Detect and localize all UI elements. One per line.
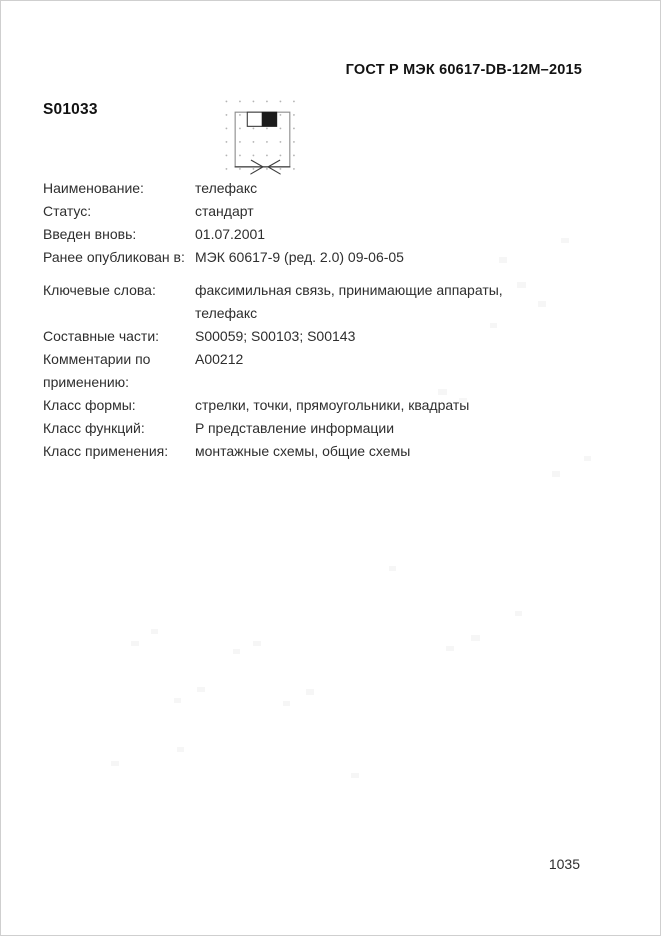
field-value: монтажные схемы, общие схемы [195,440,531,463]
attributes-table: Наименование: телефакс Статус: стандарт … [43,177,531,463]
field-label: Статус: [43,200,195,223]
field-value: A00212 [195,348,531,371]
field-row-previously-published: Ранее опубликован в: МЭК 60617-9 (ред. 2… [43,246,531,269]
field-value: МЭК 60617-9 (ред. 2.0) 09-06-05 [195,246,531,269]
field-row-keywords: Ключевые слова: факсимильная связь, прин… [43,279,531,325]
field-row-component-parts: Составные части: S00059; S00103; S00143 [43,325,531,348]
field-label: Ключевые слова: [43,279,195,302]
field-value: телефакс [195,177,531,200]
field-value: P представление информации [195,417,531,440]
telefax-symbol-figure [223,98,305,180]
page-number: 1035 [549,856,580,872]
field-label: Класс функций: [43,417,195,440]
field-label: Введен вновь: [43,223,195,246]
field-label: Ранее опубликован в: [43,246,195,269]
field-value: S00059; S00103; S00143 [195,325,531,348]
field-row-status: Статус: стандарт [43,200,531,223]
field-label: Наименование: [43,177,195,200]
field-row-application-class: Класс применения: монтажные схемы, общие… [43,440,531,463]
scan-artifacts [1,1,660,935]
field-label: Составные части: [43,325,195,348]
field-label: Класс формы: [43,394,195,417]
field-label: Комментарии по применению: [43,348,195,394]
field-label: Класс применения: [43,440,195,463]
field-row-function-class: Класс функций: P представление информаци… [43,417,531,440]
field-row-application-notes: Комментарии по применению: A00212 [43,348,531,394]
field-row-introduced: Введен вновь: 01.07.2001 [43,223,531,246]
symbol-id: S01033 [43,101,98,119]
field-row-shape-class: Класс формы: стрелки, точки, прямоугольн… [43,394,531,417]
field-row-name: Наименование: телефакс [43,177,531,200]
standard-designation: ГОСТ Р МЭК 60617-DB-12M–2015 [346,62,582,78]
field-value: стандарт [195,200,531,223]
field-value: факсимильная связь, принимающие аппараты… [195,279,531,325]
field-value: 01.07.2001 [195,223,531,246]
field-value: стрелки, точки, прямоугольники, квадраты [195,394,531,417]
document-page: { "page": { "header": "ГОСТ Р МЭК 60617-… [0,0,661,936]
symbol-document-icon [247,112,276,126]
